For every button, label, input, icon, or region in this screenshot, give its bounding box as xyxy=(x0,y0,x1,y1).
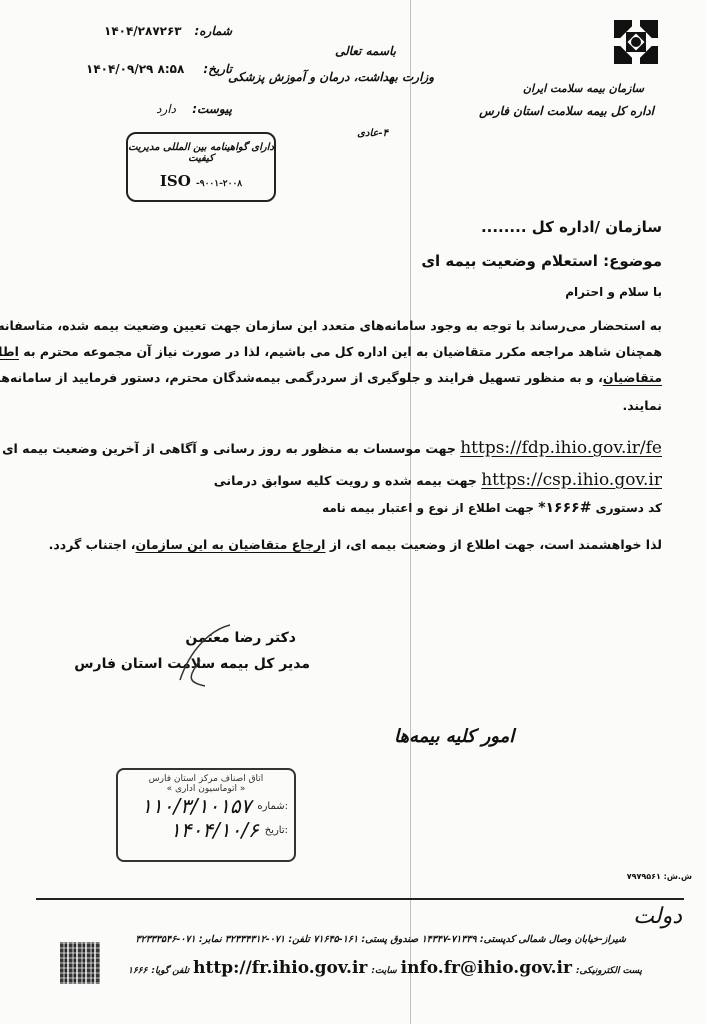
underlined-applicants: متقاضیان xyxy=(603,370,662,385)
fdp-link[interactable]: https://fdp.ihio.gov.ir/fe xyxy=(460,438,662,458)
closing-text-1: لذا خواهشمند است، جهت اطلاع از وضعیت بیم… xyxy=(330,537,662,552)
stamp-date: ۱۴۰۴/۱۰/۶ xyxy=(170,818,259,842)
underlined-insurance-info: اطلاعات بیمه‌ای xyxy=(0,344,19,359)
fdp-description: جهت موسسات به منظور به روز رسانی و آگاهی… xyxy=(0,441,456,456)
email-label: پست الکترونیکی: xyxy=(576,966,642,976)
stamp-org: اتاق اصناف مرکز استان فارس xyxy=(118,774,294,784)
contact-line: پست الکترونیکی: info.fr@ihio.gov.ir سایت… xyxy=(128,958,642,978)
signature-scribble-icon xyxy=(170,620,240,690)
classification: ۴-عادی xyxy=(357,128,388,139)
org-name: سازمان بیمه سلامت ایران xyxy=(523,82,644,95)
recipient: سازمان /اداره کل ........ xyxy=(481,218,662,236)
stamp-system: « اتوماسیون اداری » xyxy=(118,784,294,794)
bismillah: باسمه تعالی xyxy=(335,44,396,58)
website-label: سایت: xyxy=(371,966,396,976)
paragraph-line-1: به استحضار می‌رساند با توجه به وجود ساما… xyxy=(0,318,662,333)
ussd-prefix: کد دستوری xyxy=(596,501,662,515)
iso-certificate-box: دارای گواهینامه بین المللی مدیریت کیفیت … xyxy=(126,132,276,202)
letter-date: ۸:۵۸ ۱۴۰۴/۰۹/۲۹ xyxy=(86,62,184,76)
ihio-emblem-icon xyxy=(612,18,660,66)
stamp-date-row: ۱۴۰۴/۱۰/۶ تاریخ: xyxy=(118,818,294,842)
service-fdp: https://fdp.ihio.gov.ir/fe جهت موسسات به… xyxy=(0,438,662,458)
handwritten-referral-note: امور کلیه بیمه‌ها xyxy=(394,726,514,747)
letter-number: ۱۴۰۴/۲۸۷۲۶۳ xyxy=(104,24,182,38)
website-link[interactable]: http://fr.ihio.gov.ir xyxy=(193,958,367,978)
ussd-code: #۱۶۶۶* xyxy=(538,500,591,516)
subject: موضوع: استعلام وضعیت بیمه ای xyxy=(421,252,662,270)
ministry-name: وزارت بهداشت، درمان و آموزش پزشکی xyxy=(228,70,434,84)
attachment-label: پیوست: xyxy=(192,102,232,116)
received-stamp: اتاق اصناف مرکز استان فارس « اتوماسیون ا… xyxy=(116,768,296,862)
date-label: تاریخ: xyxy=(203,62,232,76)
service-csp: https://csp.ihio.gov.ir جهت بیمه شده و ر… xyxy=(214,470,662,490)
callcenter-label: تلفن گویا: xyxy=(151,966,189,976)
csp-link[interactable]: https://csp.ihio.gov.ir xyxy=(481,470,662,490)
address-line: شیراز-خیابان وصال شمالی کدپستی: ۷۱۳۳۹-۱۴… xyxy=(135,934,626,945)
stamp-date-label: تاریخ: xyxy=(265,825,288,836)
ussd-description: جهت اطلاع از نوع و اعتبار بیمه نامه xyxy=(322,501,534,515)
stamp-number-row: ۱۱۰/۳/۱۰۱۵۷ شماره: xyxy=(118,794,294,818)
ussd-line: کد دستوری #۱۶۶۶* جهت اطلاع از نوع و اعتب… xyxy=(322,500,662,516)
paragraph-line-2-text: همچنان شاهد مراجعه مکرر متقاضیان به این … xyxy=(23,344,662,359)
qr-code-icon xyxy=(60,942,100,984)
callcenter-number: ۱۶۶۶ xyxy=(128,966,147,976)
paragraph-line-4: نمایند. xyxy=(622,398,662,413)
paragraph-line-2: همچنان شاهد مراجعه مکرر متقاضیان به این … xyxy=(0,344,662,359)
paragraph-line-3-text: ، و به منظور تسهیل فرایند و جلوگیری از س… xyxy=(0,370,603,385)
attachment-value: دارد xyxy=(156,102,176,116)
closing-text-2: ، اجتناب گردد. xyxy=(49,537,136,552)
handwritten-mark: دولت xyxy=(633,904,682,929)
paragraph-line-3: متقاضیان، و به منظور تسهیل فرایند و جلوگ… xyxy=(0,370,662,385)
stamp-number-label: شماره: xyxy=(257,801,288,812)
greeting: با سلام و احترام xyxy=(565,285,662,299)
iso-label: ISO -۹۰۰۱-۲۰۰۸ xyxy=(128,172,274,190)
csp-description: جهت بیمه شده و رویت کلیه سوابق درمانی xyxy=(214,473,477,488)
org-branch: اداره کل بیمه سلامت استان فارس xyxy=(479,104,654,118)
serial-number: ش.ش: ۷۹۷۹۵۶۱ xyxy=(627,872,692,881)
iso-caption: دارای گواهینامه بین المللی مدیریت کیفیت xyxy=(128,142,274,164)
iso-code: -۹۰۰۱-۲۰۰۸ xyxy=(196,179,242,189)
iso-text: ISO xyxy=(160,172,191,190)
stamp-number: ۱۱۰/۳/۱۰۱۵۷ xyxy=(141,794,251,818)
footer-divider xyxy=(36,898,684,900)
email-link[interactable]: info.fr@ihio.gov.ir xyxy=(401,958,572,978)
closing-line: لذا خواهشمند است، جهت اطلاع از وضعیت بیم… xyxy=(49,537,662,552)
number-label: شماره: xyxy=(194,24,232,38)
underlined-referral: ارجاع متقاضیان به این سازمان xyxy=(135,537,325,552)
